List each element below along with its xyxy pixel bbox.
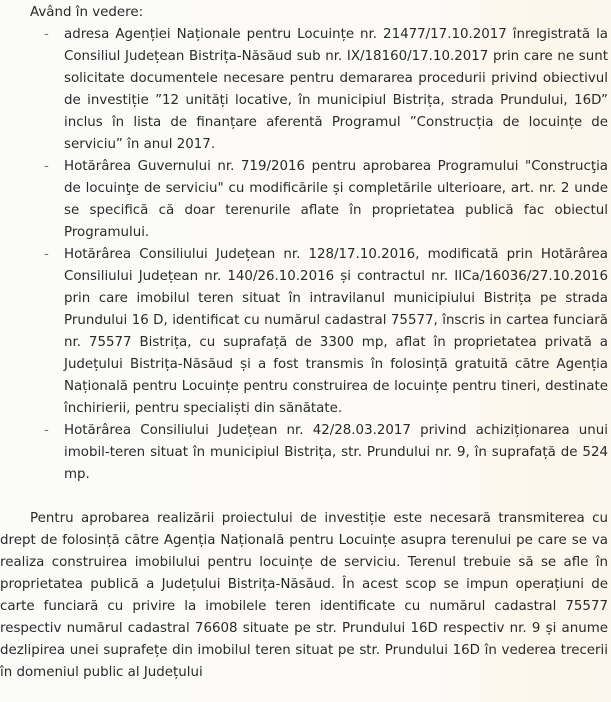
list-item-text: Hotărârea Guvernului nr. 719/2016 pentru… <box>64 159 608 240</box>
dash-bullet-icon: - <box>44 24 49 46</box>
list-item-text: Hotărârea Consiliului Județean nr. 42/28… <box>64 423 608 482</box>
body-paragraph: Pentru aprobarea realizării proiectului … <box>0 508 608 684</box>
list-item: - Hotărârea Consiliului Județean nr. 128… <box>0 244 611 420</box>
list-item: - Hotărârea Consiliului Județean nr. 42/… <box>0 420 611 486</box>
dash-bullet-icon: - <box>44 244 49 266</box>
dash-bullet-icon: - <box>44 420 49 442</box>
list-item: - Hotărârea Guvernului nr. 719/2016 pent… <box>0 156 611 244</box>
list-item-text: adresa Agenției Naționale pentru Locuinț… <box>64 27 608 152</box>
intro-heading: Având în vedere: <box>30 2 143 24</box>
dash-bullet-icon: - <box>44 156 49 178</box>
considerations-list: - adresa Agenției Naționale pentru Locui… <box>0 24 611 486</box>
list-item-text: Hotărârea Consiliului Județean nr. 128/1… <box>64 247 608 416</box>
list-item: - adresa Agenției Naționale pentru Locui… <box>0 24 611 156</box>
